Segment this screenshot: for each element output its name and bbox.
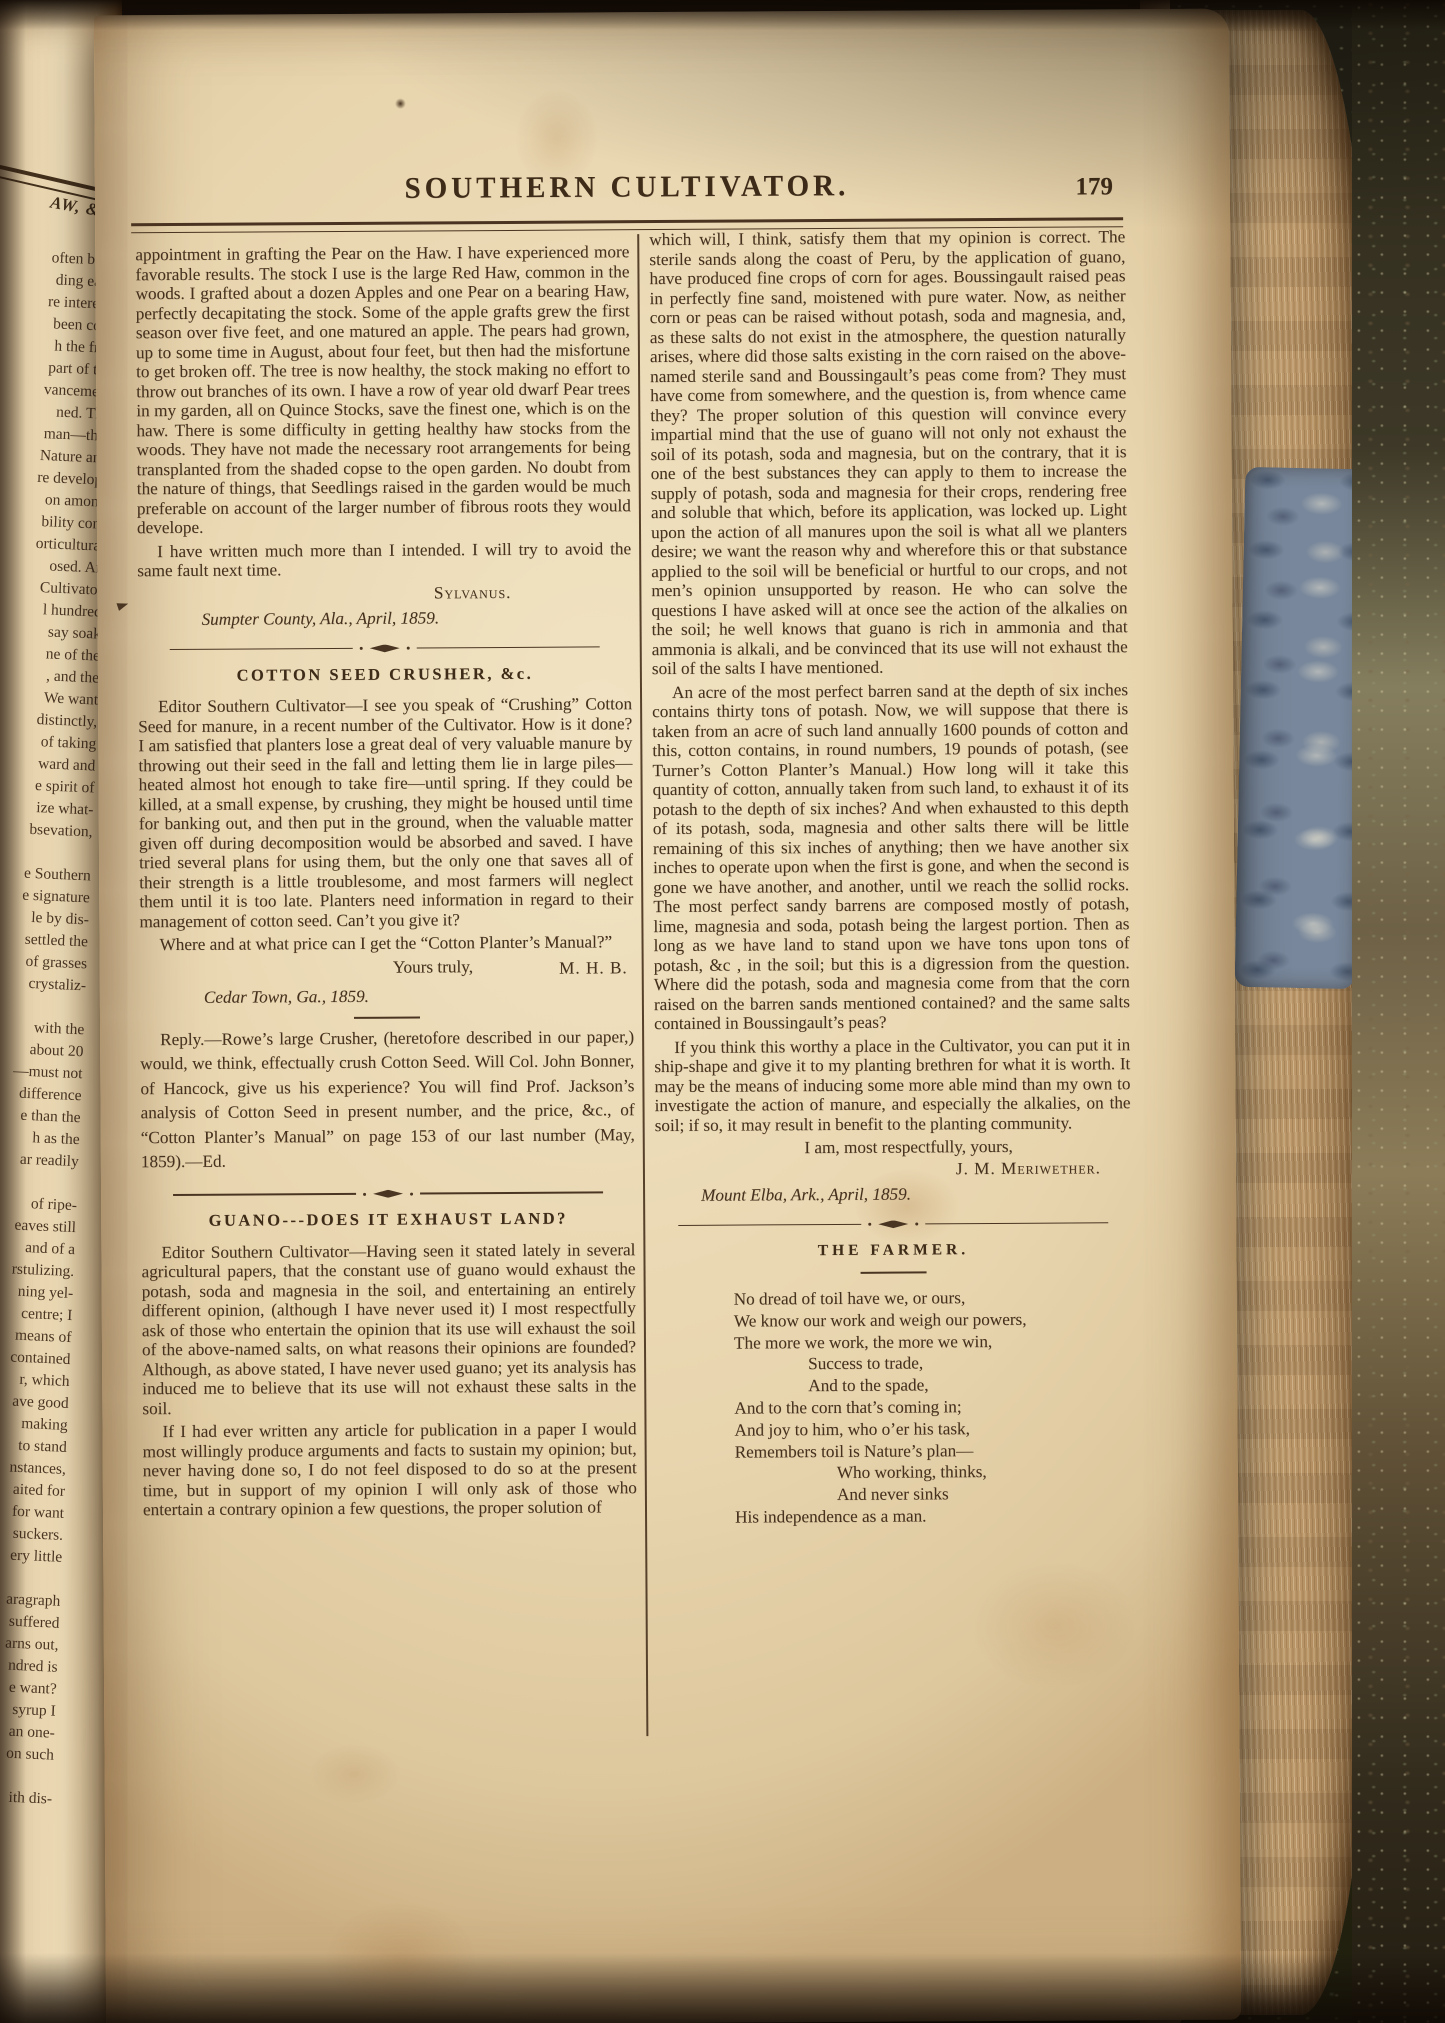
- section-heading-the-farmer: THE FARMER.: [655, 1239, 1131, 1261]
- facing-page-text-fragment: ar readily: [0, 1147, 79, 1174]
- facing-page-text-fragment: suckers.: [0, 1520, 64, 1547]
- editor-reply-paragraph: Reply.—Rowe’s large Crusher, (heretofore…: [140, 1025, 635, 1176]
- facing-page-text-fragment: nstances,: [0, 1454, 66, 1481]
- facing-page-text-fragment: aragraph: [0, 1586, 61, 1613]
- facing-page-text-fragment: e want?: [0, 1674, 57, 1701]
- facing-page-text-fragment: centre; I: [0, 1300, 73, 1327]
- facing-page-text-fragment: eaves still: [0, 1212, 76, 1239]
- facing-page-text-fragment: —must not: [0, 1059, 83, 1086]
- author-initials: M. H. B.: [559, 958, 628, 978]
- facing-page-text-fragment: to stand: [0, 1432, 67, 1459]
- facing-page-text-fragment: r, which: [0, 1366, 70, 1393]
- facing-page-text-fragment: aited for: [0, 1476, 65, 1503]
- article-paragraph: Editor Southern Cultivator—Having seen i…: [141, 1240, 636, 1419]
- facing-page-text-fragment: ith dis-: [0, 1784, 53, 1811]
- margin-printers-mark: [116, 600, 129, 611]
- facing-page-text-fragment: an one-: [0, 1718, 55, 1745]
- column-divider-rule: [637, 234, 648, 1736]
- ornament-dot: [363, 1192, 366, 1195]
- poem-line: And to the spade,: [734, 1373, 1132, 1397]
- ornament-diamond: [370, 644, 400, 652]
- facing-page-text-fragment: ning yel-: [0, 1278, 74, 1305]
- facing-page-text-fragment: and of a: [0, 1234, 76, 1261]
- facing-page-text-fragment: difference: [0, 1081, 82, 1108]
- facing-page-text-fragment: on such: [0, 1740, 54, 1767]
- section-divider-ornament: [173, 1188, 603, 1199]
- poem-the-farmer: No dread of toil have we, or ours,We kno…: [656, 1286, 1133, 1529]
- ornament-line: [173, 1193, 356, 1196]
- ornament-diamond: [878, 1220, 908, 1228]
- section-divider-ornament: [678, 1219, 1108, 1230]
- facing-page-text-fragment: ave good: [0, 1388, 69, 1415]
- article-paragraph: If I had ever written any article for pu…: [142, 1419, 637, 1520]
- article-paragraph: I have written much more than I intended…: [137, 539, 631, 581]
- right-column: which will, I think, satisfy them that m…: [649, 227, 1133, 1529]
- short-rule: [861, 1271, 927, 1273]
- poem-line: Who working, thinks,: [735, 1461, 1133, 1485]
- facing-page-text-fragment: ndred is: [0, 1652, 58, 1679]
- article-paragraph: appointment in grafting the Pear on the …: [135, 242, 631, 538]
- section-heading-guano: GUANO---DOES IT EXHAUST LAND?: [141, 1208, 635, 1231]
- poem-line: Success to trade,: [734, 1352, 1132, 1376]
- ornament-dot: [407, 647, 410, 650]
- article-paragraph: An acre of the most perfect barren sand …: [652, 680, 1130, 1034]
- facing-page-text-fragment: e than the: [0, 1103, 81, 1130]
- book-cover-marbled-edge: [1352, 0, 1445, 2023]
- poem-line: No dread of toil have we, or ours,: [734, 1286, 1132, 1310]
- dateline: Cedar Town, Ga., 1859.: [140, 985, 634, 1008]
- poem-line: And never sinks: [735, 1482, 1133, 1506]
- book-page: SOUTHERN CULTIVATOR. 179 appointment in …: [94, 9, 1241, 2023]
- ornament-dot: [410, 1192, 413, 1195]
- page-number: 179: [1075, 177, 1113, 197]
- ornament-dot: [360, 647, 363, 650]
- facing-page-text-fragment: suffered: [0, 1608, 60, 1635]
- ornament-line: [170, 648, 353, 651]
- book-photo: AW, &c. often beending eachre interest-b…: [0, 0, 1445, 2023]
- poem-line: The more we work, the more we win,: [734, 1330, 1132, 1354]
- article-paragraph: Where and at what price can I get the “C…: [139, 932, 633, 955]
- author-signature: Sylvanus.: [137, 582, 631, 605]
- ornament-diamond: [373, 1190, 403, 1198]
- ornament-line: [678, 1224, 861, 1227]
- letter-closing-row: Yours truly, M. H. B.: [140, 956, 634, 983]
- facing-page-text-fragment: h as the: [0, 1125, 80, 1152]
- facing-page-text-fragment: of ripe-: [0, 1190, 77, 1217]
- facing-page-text-fragment: with the: [0, 1015, 85, 1042]
- article-paragraph: Editor Southern Cultivator—I see you spe…: [138, 694, 633, 931]
- poem-line: And to the corn that’s coming in;: [734, 1395, 1132, 1419]
- ornament-dot: [868, 1223, 871, 1226]
- dateline: Sumpter County, Ala., April, 1859.: [138, 607, 632, 630]
- poem-line: We know our work and weigh our powers,: [734, 1308, 1132, 1332]
- author-signature: J. M. Meriwether.: [655, 1158, 1131, 1180]
- poem-line: His independence as a man.: [735, 1504, 1133, 1528]
- poem-line: Remembers toil is Nature’s plan—: [735, 1439, 1133, 1463]
- left-column: appointment in grafting the Pear on the …: [135, 242, 637, 1524]
- ornament-dot: [915, 1222, 918, 1225]
- facing-page-text-fragment: making: [0, 1410, 68, 1437]
- poem-line: And joy to him, who o’er his task,: [734, 1417, 1132, 1441]
- page-title: SOUTHERN CULTIVATOR.: [131, 175, 1123, 201]
- facing-page-text-fragment: ery little: [0, 1542, 63, 1569]
- facing-page-text-fragment: syrup I: [0, 1696, 56, 1723]
- article-paragraph: If you think this worthy a place in the …: [654, 1035, 1131, 1135]
- facing-page-text-fragment: rstulizing.: [0, 1256, 75, 1283]
- ornament-line: [925, 1222, 1108, 1225]
- dateline: Mount Elba, Ark., April, 1859.: [655, 1183, 1131, 1205]
- facing-page-text-fragment: about 20: [0, 1037, 84, 1064]
- ornament-line: [417, 646, 600, 649]
- section-divider-ornament: [170, 643, 600, 654]
- facing-page-text-fragment: for want: [0, 1498, 64, 1525]
- marbled-paper-edge: [1235, 467, 1366, 989]
- ornament-line: [420, 1192, 603, 1195]
- facing-page-text-fragment: contained: [0, 1344, 71, 1371]
- facing-page-text-fragment: arns out,: [0, 1630, 59, 1657]
- section-heading-cotton-seed-crusher: COTTON SEED CRUSHER, &c.: [138, 663, 632, 686]
- facing-page-text-fragment: means of: [0, 1322, 72, 1349]
- closing-text: Yours truly,: [393, 957, 473, 981]
- print-area: SOUTHERN CULTIVATOR. 179 appointment in …: [130, 9, 1134, 2023]
- article-paragraph: which will, I think, satisfy them that m…: [649, 227, 1128, 678]
- short-rule: [354, 1016, 420, 1018]
- letter-closing: I am, most respectfully, yours,: [655, 1136, 1131, 1158]
